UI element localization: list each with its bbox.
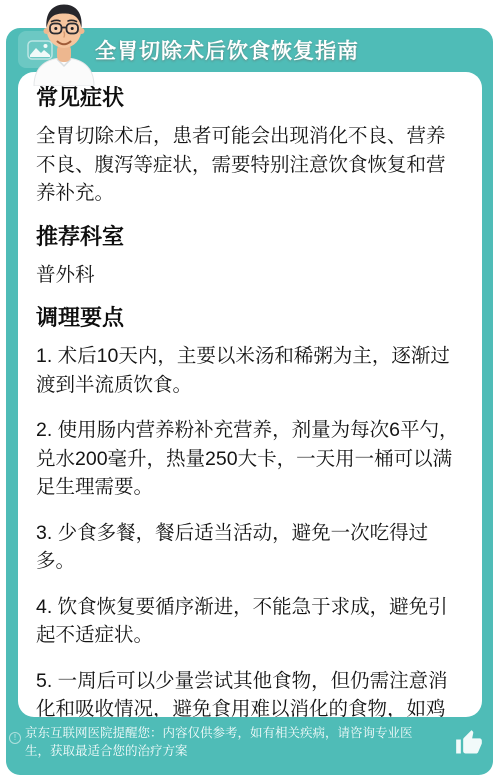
footer-disclaimer-bar: ! 京东互联网医院提醒您：内容仅供参考，如有相关疾病，请咨询专业医生，获取最适合…: [6, 717, 493, 775]
section-heading-department: 推荐科室: [36, 225, 464, 249]
thumbs-up-icon[interactable]: [455, 729, 483, 757]
care-point-1: 1. 术后10天内，主要以米汤和稀粥为主，逐渐过渡到半流质饮食。: [36, 342, 464, 399]
symptoms-paragraph: 全胃切除术后，患者可能会出现消化不良、营养不良、腹泻等症状，需要特别注意饮食恢复…: [36, 122, 464, 208]
care-point-5: 5. 一周后可以少量尝试其他食物，但仍需注意消化和吸收情况，避免食用难以消化的食…: [36, 667, 464, 718]
section-heading-symptoms: 常见症状: [36, 86, 464, 110]
care-point-2: 2. 使用肠内营养粉补充营养，剂量为每次6平勺，兑水200毫升，热量250大卡，…: [36, 416, 464, 502]
care-point-4: 4. 饮食恢复要循序渐进，不能急于求成，避免引起不适症状。: [36, 593, 464, 650]
info-circle-icon: !: [9, 732, 21, 744]
content-card: 常见症状 全胃切除术后，患者可能会出现消化不良、营养不良、腹泻等症状，需要特别注…: [18, 72, 482, 717]
doctor-avatar: [24, 2, 104, 86]
department-paragraph: 普外科: [36, 261, 464, 290]
care-point-3: 3. 少食多餐，餐后适当活动，避免一次吃得过多。: [36, 519, 464, 576]
section-heading-care-points: 调理要点: [36, 306, 464, 330]
disclaimer-text: 京东互联网医院提醒您：内容仅供参考，如有相关疾病，请咨询专业医生，获取最适合您的…: [25, 725, 431, 760]
guide-card-frame: 全胃切除术后饮食恢复指南 常见症状 全胃切除术后，患者可能会出现消化不良、营养不…: [6, 28, 493, 775]
page-title: 全胃切除术后饮食恢复指南: [95, 35, 359, 65]
